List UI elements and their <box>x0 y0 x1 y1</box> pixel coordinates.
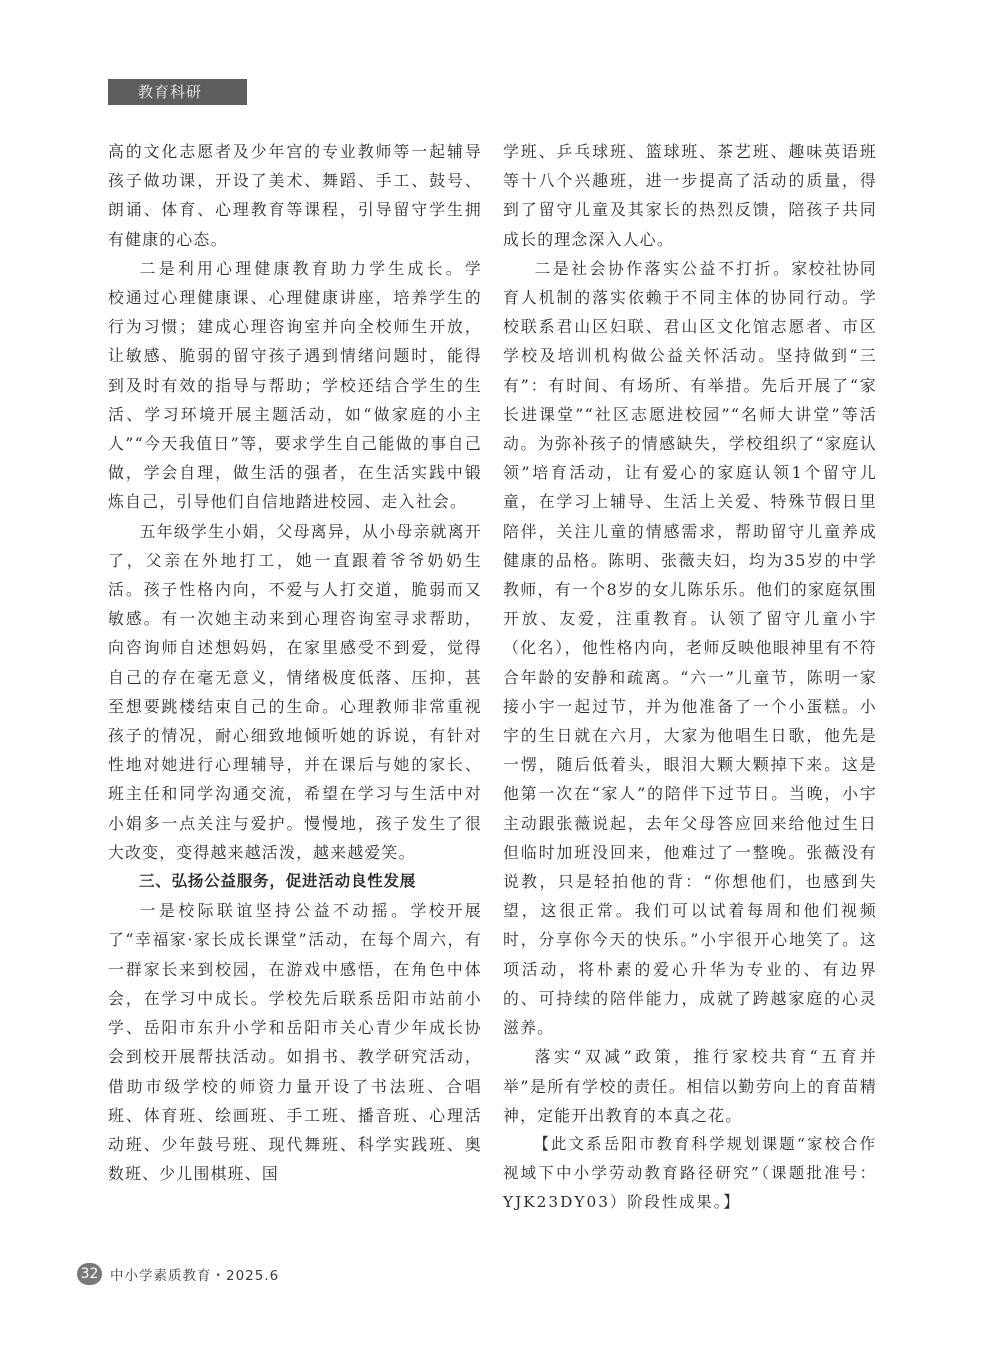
paragraph: 二是社会协作落实公益不打折。家校社协同育人机制的落实依赖于不同主体的协同行动。学… <box>503 254 877 1042</box>
paragraph: 五年级学生小娟，父母离异，从小母亲就离开了，父亲在外地打工，她一直跟着爷爷奶奶生… <box>108 517 482 867</box>
paragraph-body: 学校通过心理健康课、心理健康讲座，培养学生的行为习惯；建成心理咨询室并向全校师生… <box>108 259 482 512</box>
left-column: 高的文化志愿者及少年宫的专业教师等一起辅导孩子做功课，开设了美术、舞蹈、手工、鼓… <box>108 137 482 1188</box>
paragraph-lead: 二是利用心理健康教育助力学生成长。 <box>140 259 465 278</box>
page-number-badge: 32 <box>77 1263 102 1285</box>
paragraph: 学班、乒乓球班、篮球班、茶艺班、趣味英语班等十八个兴趣班，进一步提高了活动的质量… <box>503 137 877 254</box>
paragraph: 一是校际联谊坚持公益不动摇。学校开展了“幸福家·家长成长课堂”活动，在每个周六，… <box>108 896 482 1188</box>
paragraph-lead: 二是社会协作落实公益不打折。 <box>535 259 792 278</box>
page-footer: 32 中小学素质教育・2025.6 <box>77 1263 279 1285</box>
section-label: 教育科研 <box>108 79 247 105</box>
paragraph: 高的文化志愿者及少年宫的专业教师等一起辅导孩子做功课，开设了美术、舞蹈、手工、鼓… <box>108 137 482 254</box>
paragraph: 二是利用心理健康教育助力学生成长。学校通过心理健康课、心理健康讲座，培养学生的行… <box>108 254 482 517</box>
paragraph-body: 家校社协同育人机制的落实依赖于不同主体的协同行动。学校联系君山区妇联、君山区文化… <box>503 259 877 1037</box>
right-column: 学班、乒乓球班、篮球班、茶艺班、趣味英语班等十八个兴趣班，进一步提高了活动的质量… <box>503 137 877 1218</box>
paragraph-lead: 一是校际联谊坚持公益不动摇。 <box>140 901 411 920</box>
paragraph: 落实“双减”政策，推行家校共育“五育并举”是所有学校的责任。相信以勤劳向上的育苗… <box>503 1042 877 1130</box>
section-heading: 三、弘扬公益服务，促进活动良性发展 <box>108 867 482 896</box>
funding-note: 【此文系岳阳市教育科学规划课题“家校合作视域下中小学劳动教育路径研究”（课题批准… <box>503 1130 877 1218</box>
journal-issue: 中小学素质教育・2025.6 <box>110 1264 279 1284</box>
paragraph-body: 学校开展了“幸福家·家长成长课堂”活动，在每个周六，有一群家长来到校园，在游戏中… <box>108 901 482 1183</box>
